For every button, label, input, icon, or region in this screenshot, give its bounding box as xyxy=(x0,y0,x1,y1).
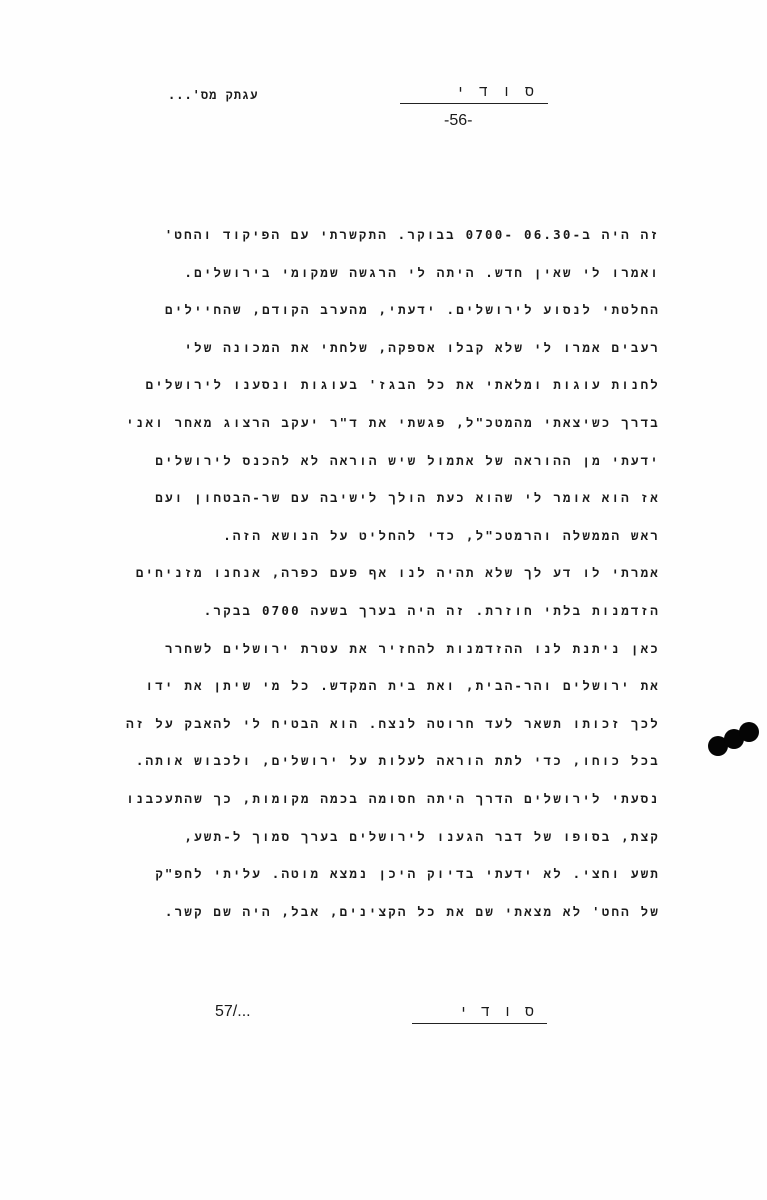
text-line: נסעתי לירושלים הדרך היתה חסומה בכמה מקומ… xyxy=(195,789,660,827)
copy-number-label: עגתק מס'... xyxy=(168,88,258,103)
text-line: אז הוא אומר לי שהוא כעת הולך לישיבה עם ש… xyxy=(195,488,660,526)
text-line: כאן ניתנת לנו ההזדמנות להחזיר את עטרת יר… xyxy=(195,639,660,677)
text-line: הזדמנות בלתי חוזרת. זה היה בערך בשעה 070… xyxy=(195,601,660,639)
text-line: לחנות עוגות ומלאתי את כל הבגז' בעוגות ונ… xyxy=(195,375,660,413)
text-line: בדרך כשיצאתי מהמטכ"ל, פגשתי את ד"ר יעקב … xyxy=(195,413,660,451)
text-line: תשע וחצי. לא ידעתי בדיוק היכן נמצא מוטה.… xyxy=(195,864,660,902)
header-classification-stamp: סודי xyxy=(400,82,548,104)
footer-classification-stamp: סודי xyxy=(412,1002,547,1024)
continuation-marker: 57/... xyxy=(215,1003,251,1021)
text-line: אמרתי לו דע לך שלא תהיה לנו אף פעם כפרה,… xyxy=(195,563,660,601)
text-line: החלטתי לנסוע לירושלים. ידעתי, מהערב הקוד… xyxy=(195,300,660,338)
body-text: זה היה ב-06.30 -0700 בבוקר. התקשרתי עם ה… xyxy=(195,225,660,939)
text-line: רעבים אמרו לי שלא קבלו אספקה, שלחתי את ה… xyxy=(195,338,660,376)
page-number: -56- xyxy=(444,112,472,130)
text-line: ואמרו לי שאין חדש. היתה לי הרגשה שמקומי … xyxy=(195,263,660,301)
text-line: של החט' לא מצאתי שם את כל הקצינים, אבל, … xyxy=(195,902,660,940)
text-line: זה היה ב-06.30 -0700 בבוקר. התקשרתי עם ה… xyxy=(195,225,660,263)
text-line: ידעתי מן ההוראה של אתמול שיש הוראה לא לה… xyxy=(195,451,660,489)
document-page: סודי עגתק מס'... -56- זה היה ב-06.30 -07… xyxy=(0,0,767,1200)
text-line: ראש הממשלה והרמטכ"ל, כדי להחליט על הנושא… xyxy=(195,526,660,564)
text-line: לכך זכותו תשאר לעד חרוטה לנצח. הוא הבטיח… xyxy=(195,714,660,752)
text-line: קצת, בסופו של דבר הגענו לירושלים בערך סמ… xyxy=(195,827,660,865)
ink-blot-mark xyxy=(708,720,764,760)
text-line: בכל כוחו, כדי לתת הוראה לעלות על ירושלים… xyxy=(195,751,660,789)
text-line: את ירושלים והר-הבית, ואת בית המקדש. כל מ… xyxy=(195,676,660,714)
